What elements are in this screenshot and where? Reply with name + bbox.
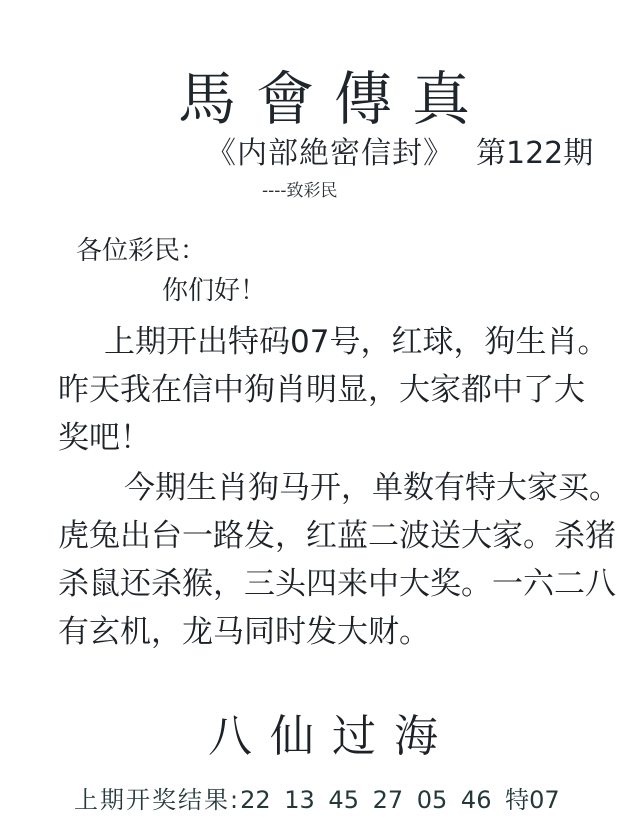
paragraph-line: 杀鼠还杀猴，三头四来中大奖。一六二八	[58, 560, 628, 608]
page-title: 馬會傳真	[178, 52, 490, 136]
paragraph-line: 奖吧！	[58, 414, 628, 462]
issue-number: 第122期	[476, 136, 593, 171]
subtitle-label: 《内部絶密信封》	[206, 136, 454, 171]
motto: 八仙过海	[208, 700, 456, 764]
paragraph-prediction: 今期生肖狗马开，单数有特大家买。 虎兔出台一路发，红蓝二波送大家。杀猪 杀鼠还杀…	[58, 464, 628, 656]
results-label: 上期开奖结果:	[74, 786, 240, 814]
paragraph-line: 虎兔出台一路发，红蓝二波送大家。杀猪	[58, 512, 628, 560]
hello-line: 你们好！	[162, 270, 266, 307]
signature: ----致彩民	[262, 176, 338, 201]
greeting: 各位彩民：	[76, 230, 206, 267]
previous-results: 上期开奖结果:22 13 45 27 05 46 特07	[74, 780, 560, 815]
paragraph-line: 上期开出特码07号，红球，狗生肖。	[58, 318, 628, 366]
results-numbers: 22 13 45 27 05 46 特07	[240, 786, 560, 814]
paragraph-previous-result: 上期开出特码07号，红球，狗生肖。 昨天我在信中狗肖明显，大家都中了大 奖吧！	[58, 318, 628, 462]
subtitle-row: 《内部絶密信封》第122期	[206, 128, 593, 172]
paragraph-line: 昨天我在信中狗肖明显，大家都中了大	[58, 366, 628, 414]
paragraph-line: 有玄机，龙马同时发大财。	[58, 608, 628, 656]
paragraph-line: 今期生肖狗马开，单数有特大家买。	[58, 464, 628, 512]
